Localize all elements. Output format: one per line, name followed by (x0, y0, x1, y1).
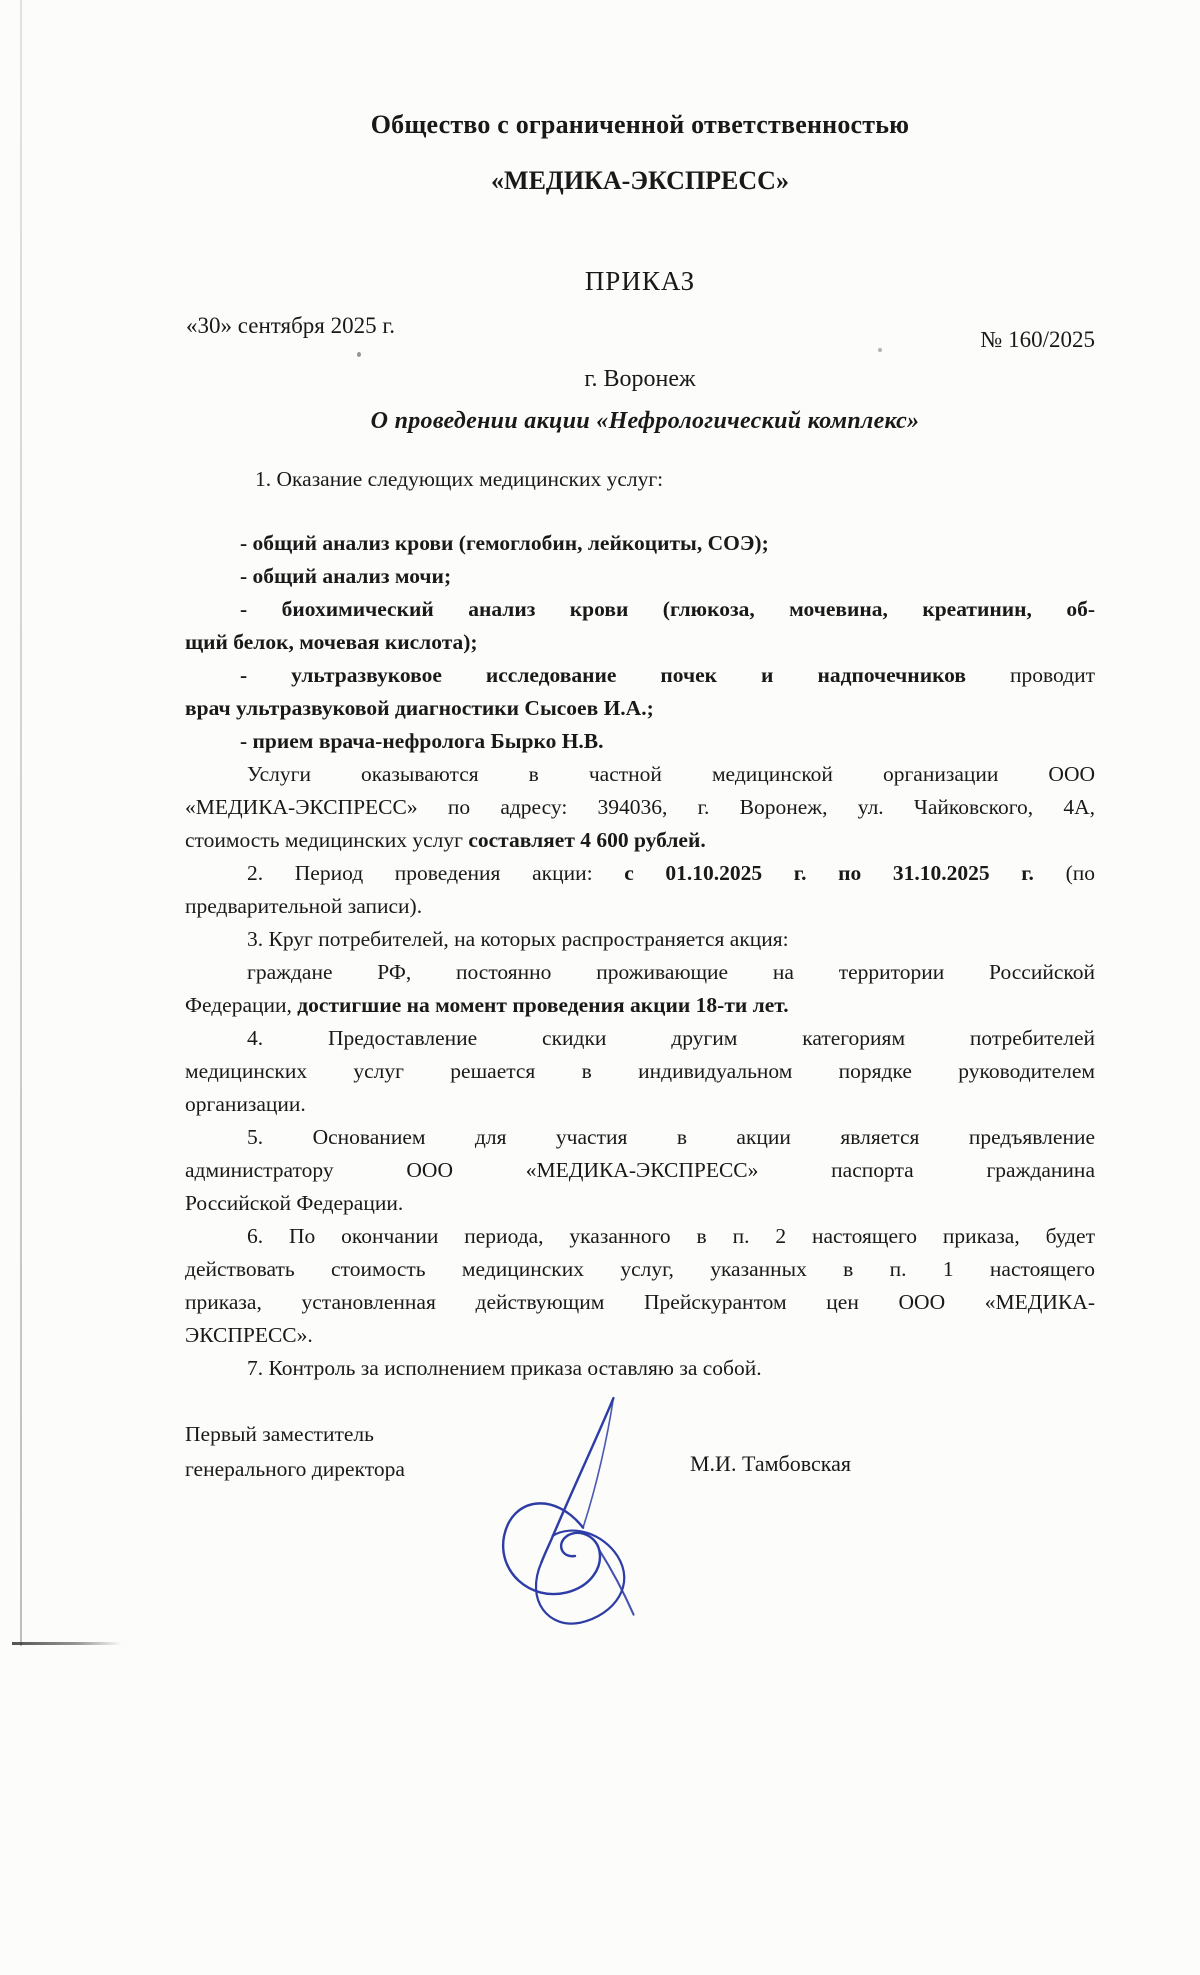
scan-artifact-horizontal-dash (12, 1642, 122, 1645)
doc-text-run: организации. (185, 1092, 306, 1116)
doc-line: граждане РФ, постоянно проживающие на те… (185, 956, 1095, 989)
doc-text-run: граждане РФ, постоянно проживающие на те… (247, 960, 1095, 984)
doc-text-run: Российской Федерации. (185, 1191, 403, 1215)
doc-text-run: «МЕДИКА-ЭКСПРЕСС» по адресу: 394036, г. … (185, 795, 1095, 819)
doc-text-run: - общий анализ крови (гемоглобин, лейкоц… (240, 531, 769, 555)
doc-line: 1. Оказание следующих медицинских услуг: (185, 463, 1095, 496)
doc-line: действовать стоимость медицинских услуг,… (185, 1253, 1095, 1286)
doc-line: - прием врача-нефролога Бырко Н.В. (185, 725, 1095, 758)
signer-name: М.И. Тамбовская (690, 1451, 851, 1477)
doc-text-run: 7. Контроль за исполнением приказа остав… (247, 1356, 762, 1380)
doc-text-run: (по (1034, 861, 1095, 885)
doc-text-run: администратору ООО «МЕДИКА-ЭКСПРЕСС» пас… (185, 1158, 1095, 1182)
doc-line: 7. Контроль за исполнением приказа остав… (185, 1352, 1095, 1385)
doc-line: ЭКСПРЕСС». (185, 1319, 1095, 1352)
org-name-line1: Общество с ограниченной ответственностью (185, 110, 1095, 140)
doc-line: предварительной записи). (185, 890, 1095, 923)
doc-line: 6. По окончании периода, указанного в п.… (185, 1220, 1095, 1253)
doc-text-run: предварительной записи). (185, 894, 422, 918)
document-type-heading: ПРИКАЗ (185, 266, 1095, 297)
doc-line: организации. (185, 1088, 1095, 1121)
doc-text-run: 5. Основанием для участия в акции являет… (247, 1125, 1095, 1149)
doc-text-run: 6. По окончании периода, указанного в п.… (247, 1224, 1095, 1248)
doc-text-run: врач ультразвуковой диагностики Сысоев И… (185, 696, 654, 720)
document-city: г. Воронеж (185, 366, 1095, 393)
doc-text-run: проводит (966, 663, 1095, 687)
doc-text-run: - биохимический анализ крови (глюкоза, м… (240, 597, 1095, 621)
doc-line: медицинских услуг решается в индивидуаль… (185, 1055, 1095, 1088)
doc-line: Российской Федерации. (185, 1187, 1095, 1220)
doc-line: - биохимический анализ крови (глюкоза, м… (185, 593, 1095, 626)
doc-line: стоимость медицинских услуг составляет 4… (185, 824, 1095, 857)
doc-line: - общий анализ мочи; (185, 560, 1095, 593)
doc-text-run: медицинских услуг решается в индивидуаль… (185, 1059, 1095, 1083)
doc-text-run: действовать стоимость медицинских услуг,… (185, 1257, 1095, 1281)
doc-line: 4. Предоставление скидки другим категори… (185, 1022, 1095, 1055)
doc-text-run: - прием врача-нефролога Бырко Н.В. (240, 729, 604, 753)
doc-text-run: стоимость медицинских услуг (185, 828, 468, 852)
doc-text-run: - общий анализ мочи; (240, 564, 451, 588)
scanned-order-document: Общество с ограниченной ответственностью… (0, 0, 1200, 1975)
doc-line: Федерации, достигшие на момент проведени… (185, 989, 1095, 1022)
doc-text-run: 4. Предоставление скидки другим категори… (247, 1026, 1095, 1050)
doc-text-run: ЭКСПРЕСС». (185, 1323, 313, 1347)
doc-text-run: 1. Оказание следующих медицинских услуг: (255, 467, 663, 491)
doc-line: Услуги оказываются в частной медицинской… (185, 758, 1095, 791)
doc-text-run: Услуги оказываются в частной медицинской… (247, 762, 1095, 786)
signer-position-line1: Первый заместитель (185, 1422, 374, 1447)
doc-line: 5. Основанием для участия в акции являет… (185, 1121, 1095, 1154)
scan-artifact-speck (878, 348, 882, 352)
document-subject: О проведении акции «Нефрологический комп… (185, 408, 1105, 435)
doc-text-run: щий белок, мочевая кислота); (185, 630, 478, 654)
doc-text-run: Федерации, (185, 993, 297, 1017)
doc-text-run: составляет 4 600 рублей. (468, 828, 705, 852)
scan-artifact-speck (357, 352, 361, 357)
doc-line: 3. Круг потребителей, на которых распрос… (185, 923, 1095, 956)
org-name-line2: «МЕДИКА-ЭКСПРЕСС» (185, 166, 1095, 196)
doc-line: - ультразвуковое исследование почек и на… (185, 659, 1095, 692)
doc-line: - общий анализ крови (гемоглобин, лейкоц… (185, 527, 1095, 560)
doc-text-run: 3. Круг потребителей, на которых распрос… (247, 927, 789, 951)
doc-text-run: 2. Период проведения акции: (247, 861, 624, 885)
doc-line: 2. Период проведения акции: с 01.10.2025… (185, 857, 1095, 890)
signature-scribble (494, 1394, 666, 1632)
doc-line: врач ультразвуковой диагностики Сысоев И… (185, 692, 1095, 725)
doc-text-run: приказа, установленная действующим Прейс… (185, 1290, 1095, 1314)
scan-artifact-vertical-edge (20, 0, 22, 1646)
doc-line: администратору ООО «МЕДИКА-ЭКСПРЕСС» пас… (185, 1154, 1095, 1187)
doc-text-run: с 01.10.2025 г. по 31.10.2025 г. (624, 861, 1034, 885)
doc-line: приказа, установленная действующим Прейс… (185, 1286, 1095, 1319)
doc-text-run: - ультразвуковое исследование почек и на… (240, 663, 966, 687)
document-number: № 160/2025 (185, 327, 1095, 353)
document-body: 1. Оказание следующих медицинских услуг:… (185, 463, 1095, 1385)
doc-line: щий белок, мочевая кислота); (185, 626, 1095, 659)
doc-text-run: достигшие на момент проведения акции 18-… (297, 993, 788, 1017)
signer-position-line2: генерального директора (185, 1457, 405, 1482)
doc-line: «МЕДИКА-ЭКСПРЕСС» по адресу: 394036, г. … (185, 791, 1095, 824)
